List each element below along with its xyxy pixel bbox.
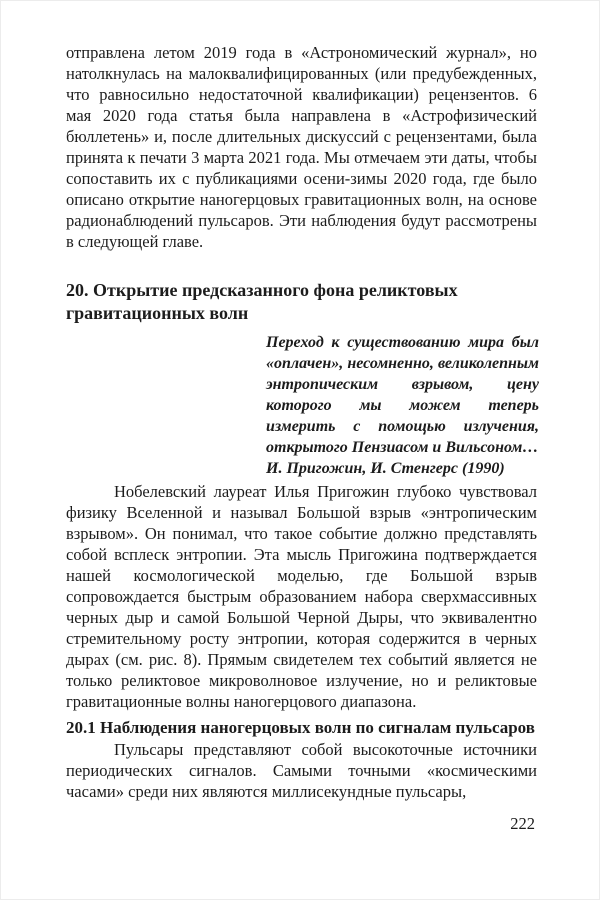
chapter-paragraph: Нобелевский лауреат Илья Пригожин глубок… xyxy=(66,481,537,712)
epigraph-block: Переход к существованию мира был «оплаче… xyxy=(266,332,539,479)
section-paragraph: Пульсары представляют собой высокоточные… xyxy=(66,739,537,802)
chapter-heading: 20. Открытие предсказанного фона реликто… xyxy=(66,279,537,325)
epigraph-attribution: И. Пригожин, И. Стенгерс (1990) xyxy=(266,458,539,479)
book-page: отправлена летом 2019 года в «Астрономич… xyxy=(0,0,600,900)
continued-paragraph: отправлена летом 2019 года в «Астрономич… xyxy=(66,42,537,252)
epigraph-text: Переход к существованию мира был «оплаче… xyxy=(266,332,539,458)
section-heading: 20.1 Наблюдения наногерцовых волн по сиг… xyxy=(66,717,537,739)
page-number: 222 xyxy=(510,813,535,834)
